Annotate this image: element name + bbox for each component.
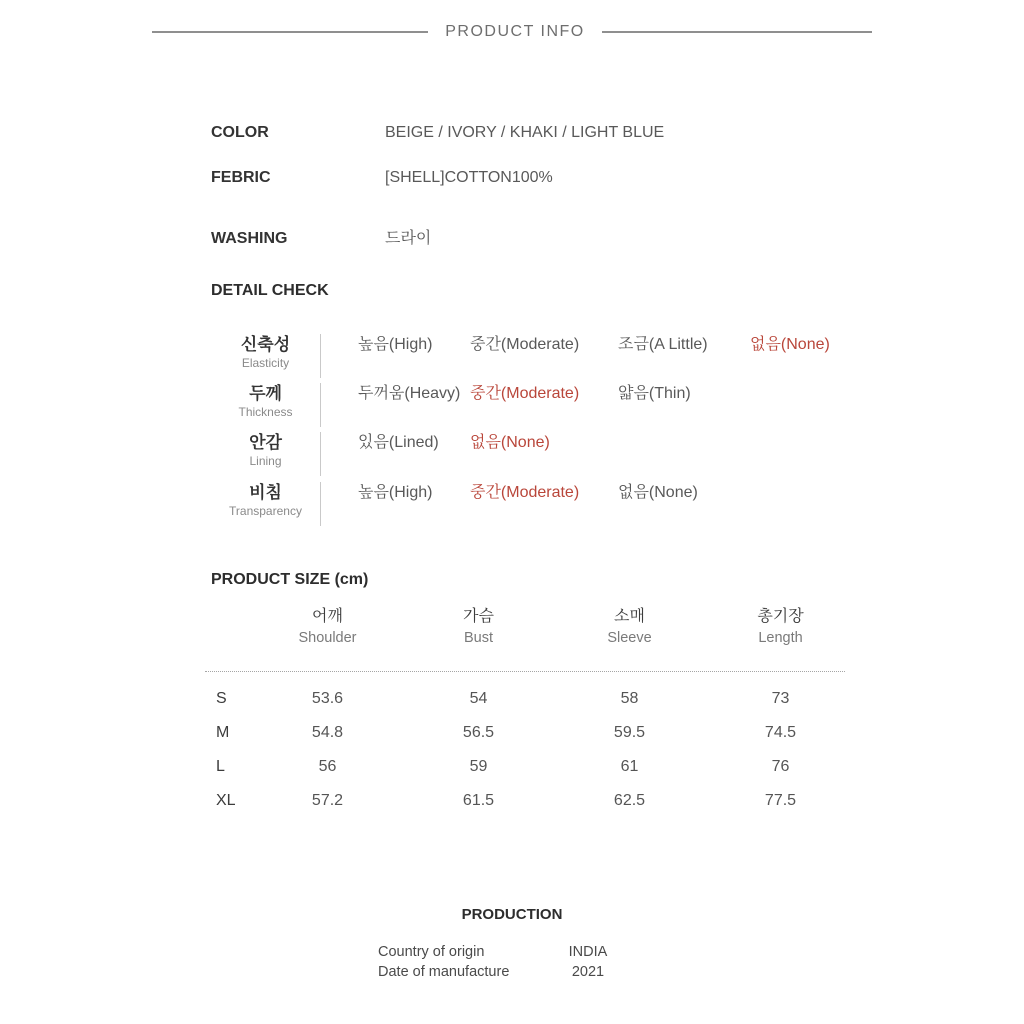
size-value: 59 xyxy=(403,758,554,776)
column-bust-ko: 가슴 xyxy=(403,606,554,628)
size-row-m: M 54.8 56.5 59.5 74.5 xyxy=(211,716,856,750)
size-value: 74.5 xyxy=(705,724,856,742)
size-value: 73 xyxy=(705,690,856,708)
size-row-l: L 56 59 61 76 xyxy=(211,750,856,784)
table-divider xyxy=(205,671,845,672)
option-selected: 없음(None) xyxy=(750,334,830,356)
option-selected: 중간(Moderate) xyxy=(470,383,618,405)
size-value: 56.5 xyxy=(403,724,554,742)
size-value: 62.5 xyxy=(554,792,705,810)
origin-label: Country of origin xyxy=(378,943,548,963)
transparency-options: 높음(High) 중간(Moderate) 없음(None) xyxy=(321,482,750,504)
detail-row-lining: 안감 Lining 있음(Lined) 없음(None) xyxy=(211,432,618,476)
size-table: 어깨 Shoulder 가슴 Bust 소매 Sleeve 총기장 Length… xyxy=(211,606,856,818)
washing-label: WASHING xyxy=(211,229,385,249)
transparency-label-en: Transparency xyxy=(211,504,320,519)
size-row-xl: XL 57.2 61.5 62.5 77.5 xyxy=(211,784,856,818)
size-value: 54 xyxy=(403,690,554,708)
thickness-label-ko: 두께 xyxy=(211,383,320,405)
lining-options: 있음(Lined) 없음(None) xyxy=(321,432,618,454)
washing-value: 드라이 xyxy=(385,229,431,249)
size-value: 57.2 xyxy=(252,792,403,810)
production-row-origin: Country of origin INDIA xyxy=(378,943,628,963)
production-title: PRODUCTION xyxy=(0,906,1024,923)
elasticity-label-en: Elasticity xyxy=(211,356,320,371)
column-shoulder-ko: 어깨 xyxy=(252,606,403,628)
size-value: 59.5 xyxy=(554,724,705,742)
color-value: BEIGE / IVORY / KHAKI / LIGHT BLUE xyxy=(385,123,664,143)
size-value: 61 xyxy=(554,758,705,776)
option: 없음(None) xyxy=(618,482,750,504)
option: 높음(High) xyxy=(358,482,470,504)
size-name: M xyxy=(211,724,252,742)
size-value: 77.5 xyxy=(705,792,856,810)
size-value: 61.5 xyxy=(403,792,554,810)
info-row-febric: FEBRIC [SHELL]COTTON100% xyxy=(211,168,553,188)
lining-label-ko: 안감 xyxy=(211,432,320,454)
column-length: 총기장 Length xyxy=(705,606,856,648)
production-row-date: Date of manufacture 2021 xyxy=(378,963,628,983)
size-value: 54.8 xyxy=(252,724,403,742)
header-rule-left xyxy=(152,31,428,33)
thickness-label-en: Thickness xyxy=(211,405,320,420)
column-length-ko: 총기장 xyxy=(705,606,856,628)
size-value: 56 xyxy=(252,758,403,776)
size-table-header: 어깨 Shoulder 가슴 Bust 소매 Sleeve 총기장 Length xyxy=(211,606,856,648)
lining-label-en: Lining xyxy=(211,454,320,469)
column-shoulder-en: Shoulder xyxy=(252,628,403,648)
thickness-label: 두께 Thickness xyxy=(211,383,320,420)
size-row-s: S 53.6 54 58 73 xyxy=(211,682,856,716)
size-table-body: S 53.6 54 58 73 M 54.8 56.5 59.5 74.5 L … xyxy=(211,682,856,818)
option-selected: 없음(None) xyxy=(470,432,618,454)
detail-row-transparency: 비침 Transparency 높음(High) 중간(Moderate) 없음… xyxy=(211,482,750,526)
transparency-label-ko: 비침 xyxy=(211,482,320,504)
option-selected: 중간(Moderate) xyxy=(470,482,618,504)
size-value: 76 xyxy=(705,758,856,776)
thickness-options: 두꺼움(Heavy) 중간(Moderate) 얇음(Thin) xyxy=(321,383,750,405)
febric-label: FEBRIC xyxy=(211,168,385,188)
size-table-corner xyxy=(211,606,252,648)
column-shoulder: 어깨 Shoulder xyxy=(252,606,403,648)
elasticity-label-ko: 신축성 xyxy=(211,334,320,356)
option: 조금(A Little) xyxy=(618,334,750,356)
size-name: L xyxy=(211,758,252,776)
production-details: Country of origin INDIA Date of manufact… xyxy=(378,943,628,982)
column-length-en: Length xyxy=(705,628,856,648)
febric-value: [SHELL]COTTON100% xyxy=(385,168,553,188)
header-rule-right xyxy=(602,31,872,33)
manufacture-date-label: Date of manufacture xyxy=(378,963,548,983)
column-sleeve-en: Sleeve xyxy=(554,628,705,648)
column-bust: 가슴 Bust xyxy=(403,606,554,648)
info-row-color: COLOR BEIGE / IVORY / KHAKI / LIGHT BLUE xyxy=(211,123,664,143)
page-header: PRODUCT INFO xyxy=(0,23,1024,41)
info-row-washing: WASHING 드라이 xyxy=(211,229,431,249)
product-size-title: PRODUCT SIZE (cm) xyxy=(211,570,368,590)
color-label: COLOR xyxy=(211,123,385,143)
page-title: PRODUCT INFO xyxy=(445,23,584,41)
size-value: 58 xyxy=(554,690,705,708)
elasticity-label: 신축성 Elasticity xyxy=(211,334,320,371)
elasticity-options: 높음(High) 중간(Moderate) 조금(A Little) 없음(No… xyxy=(321,334,830,356)
lining-label: 안감 Lining xyxy=(211,432,320,469)
option: 중간(Moderate) xyxy=(470,334,618,356)
size-name: XL xyxy=(211,792,252,810)
detail-check-title: DETAIL CHECK xyxy=(211,281,329,301)
product-info-page: PRODUCT INFO COLOR BEIGE / IVORY / KHAKI… xyxy=(0,0,1024,1024)
column-sleeve-ko: 소매 xyxy=(554,606,705,628)
option: 두꺼움(Heavy) xyxy=(358,383,470,405)
detail-row-thickness: 두께 Thickness 두꺼움(Heavy) 중간(Moderate) 얇음(… xyxy=(211,383,750,427)
option: 있음(Lined) xyxy=(358,432,470,454)
origin-value: INDIA xyxy=(548,943,628,963)
size-value: 53.6 xyxy=(252,690,403,708)
option: 얇음(Thin) xyxy=(618,383,750,405)
transparency-label: 비침 Transparency xyxy=(211,482,320,519)
manufacture-date-value: 2021 xyxy=(548,963,628,983)
size-name: S xyxy=(211,690,252,708)
option: 높음(High) xyxy=(358,334,470,356)
detail-row-elasticity: 신축성 Elasticity 높음(High) 중간(Moderate) 조금(… xyxy=(211,334,830,378)
column-bust-en: Bust xyxy=(403,628,554,648)
column-sleeve: 소매 Sleeve xyxy=(554,606,705,648)
